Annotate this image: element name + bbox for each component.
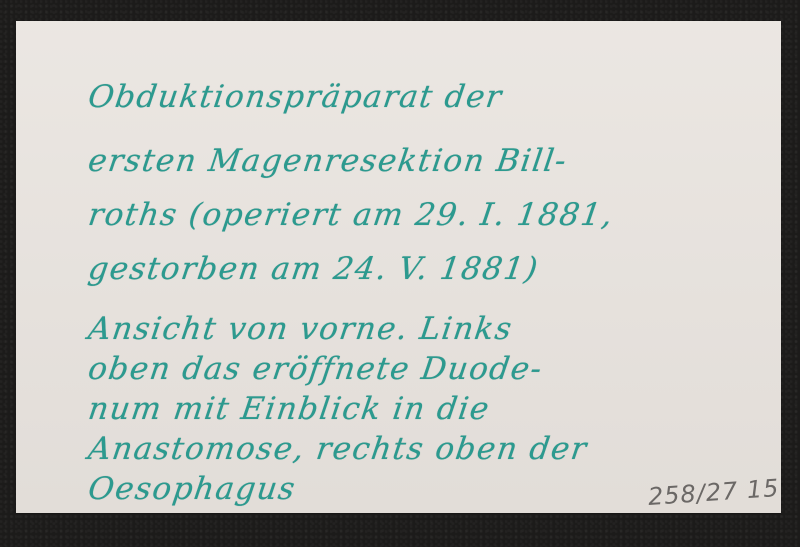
label-card: Obduktionspräparat der ersten Magenresek… — [16, 21, 781, 513]
text-line-3: roths (operiert am 29. I. 1881, — [86, 197, 616, 233]
text-line-7: num mit Einblick in die — [86, 391, 492, 427]
text-line-6: oben das eröffnete Duode- — [86, 351, 545, 387]
text-line-1: Obduktionspräparat der — [86, 79, 505, 115]
text-line-9: Oesophagus — [86, 471, 298, 507]
text-line-5: Ansicht von vorne. Links — [86, 311, 515, 347]
text-line-2: ersten Magenresektion Bill- — [86, 143, 570, 179]
inventory-number: 258/27 15 — [647, 474, 780, 511]
text-line-4: gestorben am 24. V. 1881) — [86, 251, 541, 287]
text-line-8: Anastomose, rechts oben der — [86, 431, 590, 467]
